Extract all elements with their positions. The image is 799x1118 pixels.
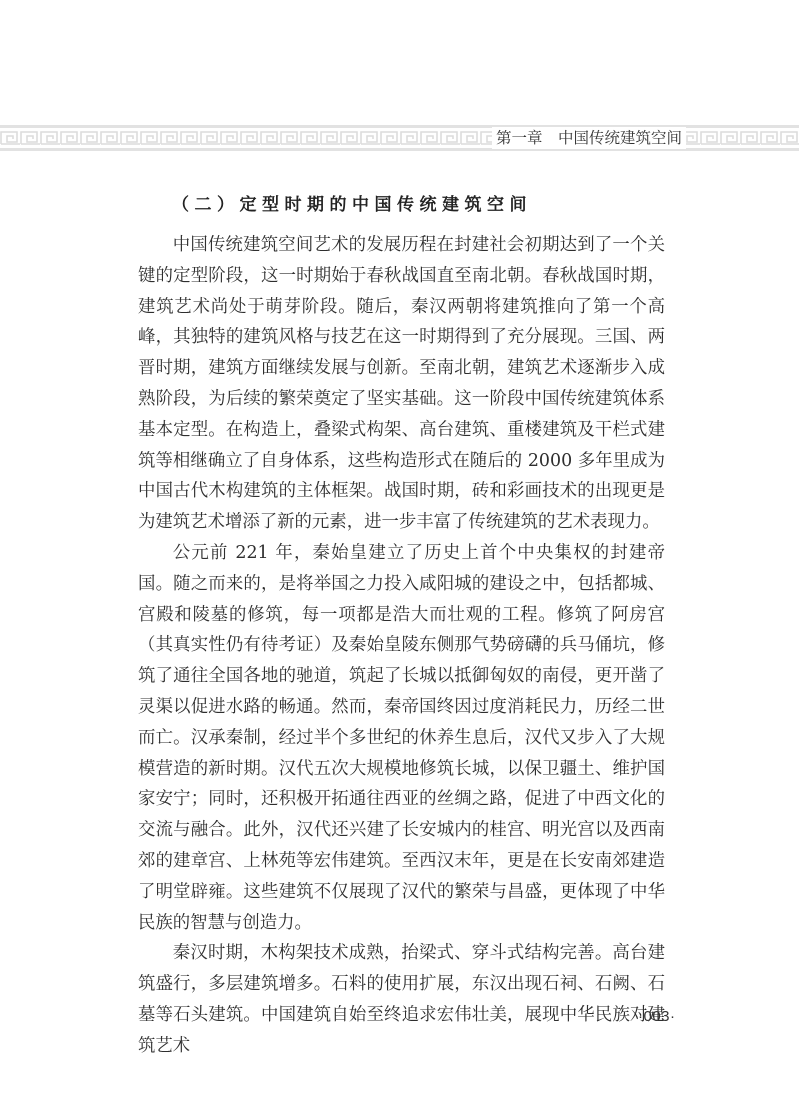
- running-head-chapter-title: 第一章 中国传统建筑空间: [492, 127, 686, 149]
- paragraph: 秦汉时期，木构架技术成熟，抬梁式、穿斗式结构完善。高台建筑盛行，多层建筑增多。石…: [138, 938, 665, 1061]
- paragraph: 中国传统建筑空间艺术的发展历程在封建社会初期达到了一个关键的定型阶段，这一时期始…: [138, 230, 665, 538]
- page-number: ·003·: [638, 1008, 676, 1025]
- paragraph: 公元前 221 年，秦始皇建立了历史上首个中央集权的封建帝国。随之而来的，是将举…: [138, 538, 665, 938]
- section-heading: （二）定型时期的中国传统建筑空间: [172, 193, 532, 217]
- body-text: 中国传统建筑空间艺术的发展历程在封建社会初期达到了一个关键的定型阶段，这一时期始…: [138, 230, 665, 1062]
